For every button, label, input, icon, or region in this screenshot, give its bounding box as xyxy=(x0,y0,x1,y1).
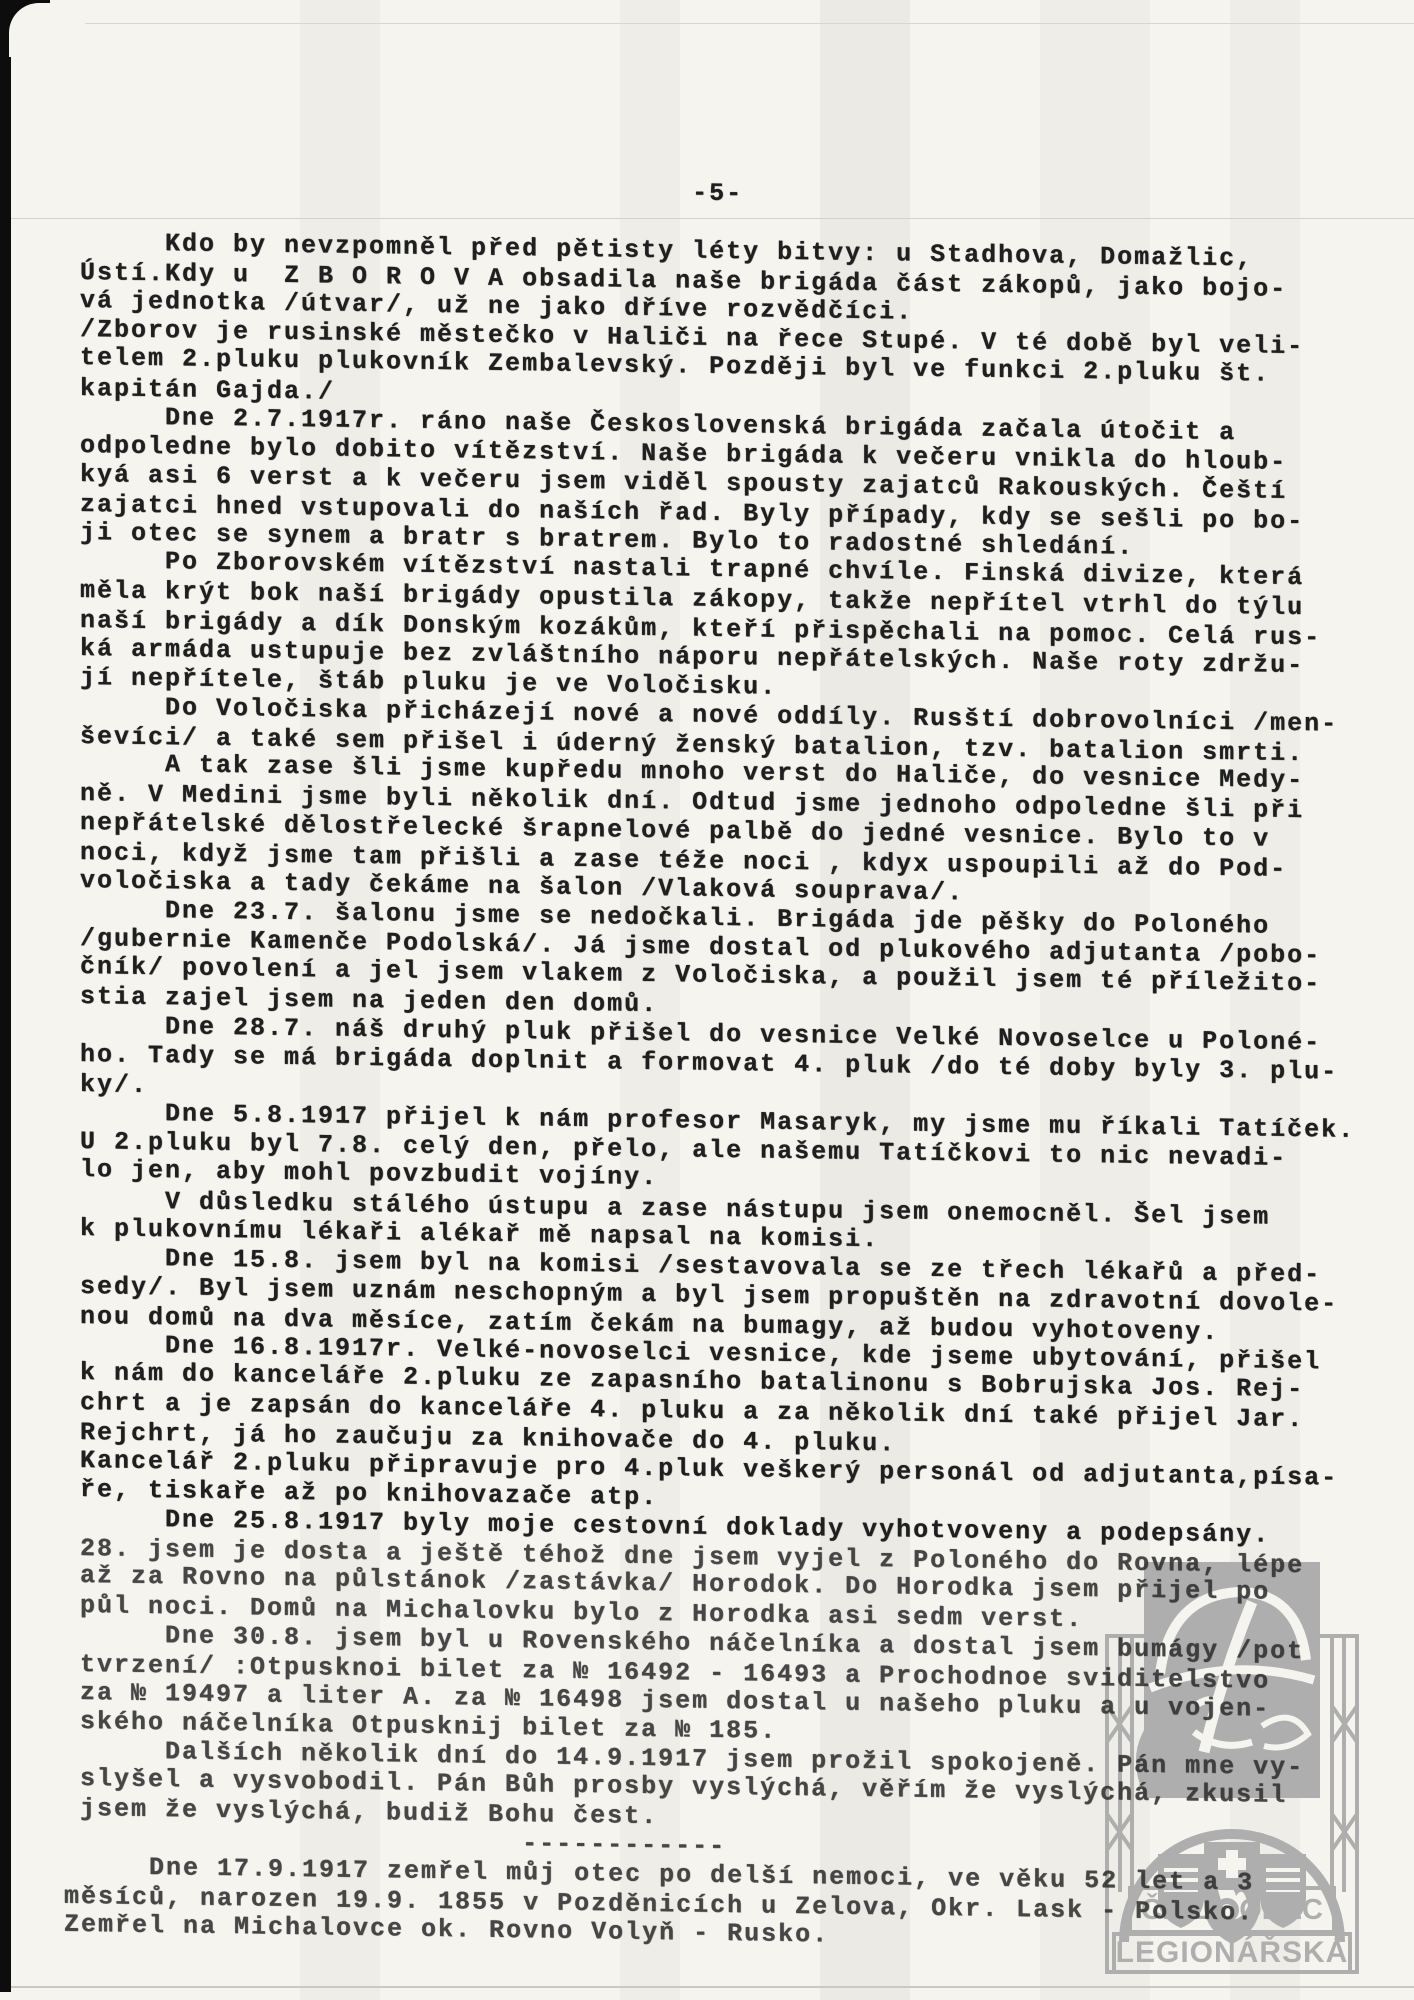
scanned-document-page: Č.SL. OBEC LEGIONÁŘSKÁ -5- Kdo by nevzpo… xyxy=(0,0,1414,2000)
typewritten-text: -5- Kdo by nevzpomněl před pětisty léty … xyxy=(80,170,1410,1958)
page-bottom-edge-line xyxy=(0,1986,1414,1988)
fold-line xyxy=(30,23,1414,24)
paper-rounded-corner xyxy=(9,3,85,57)
scanner-left-edge xyxy=(0,0,11,1992)
